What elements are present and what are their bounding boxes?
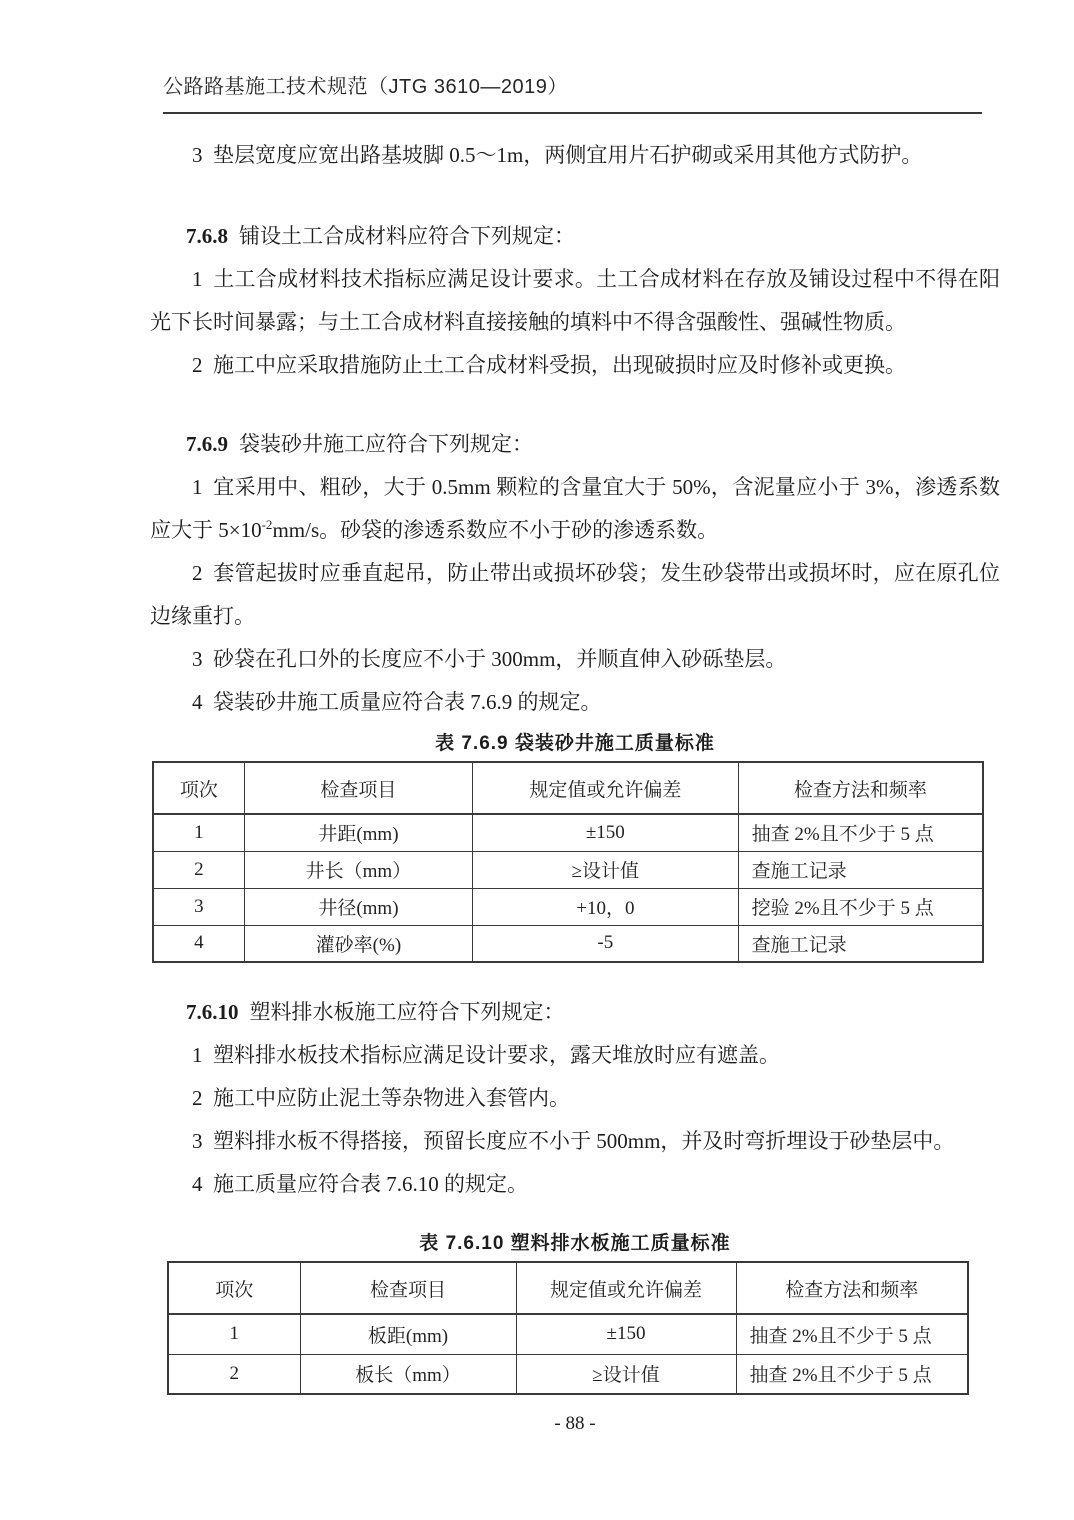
clause-number: 7.6.8 bbox=[186, 224, 228, 248]
table-cell: 板距(mm) bbox=[300, 1314, 516, 1354]
clause-heading-7-6-10: 7.6.10塑料排水板施工应符合下列规定： bbox=[150, 991, 1000, 1034]
table-cell: ≥设计值 bbox=[516, 1354, 736, 1394]
table-header-cell: 检查项目 bbox=[300, 1262, 516, 1314]
table-row: 4 灌砂率(%) -5 查施工记录 bbox=[153, 925, 983, 962]
table-row: 1 板距(mm) ±150 抽查 2%且不少于 5 点 bbox=[168, 1314, 968, 1354]
table-cell: 井径(mm) bbox=[244, 888, 472, 925]
clause-item: 3 垫层宽度应宽出路基坡脚 0.5～1m，两侧宜用片石护砌或采用其他方式防护。 bbox=[150, 134, 1000, 177]
table-cell: 查施工记录 bbox=[738, 851, 983, 888]
page-body: 3 垫层宽度应宽出路基坡脚 0.5～1m，两侧宜用片石护砌或采用其他方式防护。 … bbox=[150, 134, 1000, 1435]
table-header-cell: 项次 bbox=[153, 762, 244, 814]
table-cell: 4 bbox=[153, 925, 244, 962]
document-page: 公路路基施工技术规范（JTG 3610—2019） 3 垫层宽度应宽出路基坡脚 … bbox=[0, 0, 1074, 1520]
table-cell: 3 bbox=[153, 888, 244, 925]
clause-heading-7-6-8: 7.6.8铺设土工合成材料应符合下列规定： bbox=[150, 215, 1000, 258]
clause-number: 7.6.9 bbox=[186, 432, 228, 456]
table-cell: ≥设计值 bbox=[473, 851, 739, 888]
clause-item: 3 砂袋在孔口外的长度应不小于 300mm，并顺直伸入砂砾垫层。 bbox=[150, 638, 1000, 681]
table-cell: 1 bbox=[168, 1314, 300, 1354]
clause-item: 2 施工中应采取措施防止土工合成材料受损，出现破损时应及时修补或更换。 bbox=[150, 344, 1000, 387]
table-header-row: 项次 检查项目 规定值或允许偏差 检查方法和频率 bbox=[153, 762, 983, 814]
quality-table-7-6-10: 项次 检查项目 规定值或允许偏差 检查方法和频率 1 板距(mm) ±150 抽… bbox=[167, 1261, 969, 1395]
clause-item: 4 袋装砂井施工质量应符合表 7.6.9 的规定。 bbox=[150, 681, 1000, 724]
clause-item: 4 施工质量应符合表 7.6.10 的规定。 bbox=[150, 1163, 1000, 1206]
table-header-cell: 规定值或允许偏差 bbox=[516, 1262, 736, 1314]
table-header-cell: 规定值或允许偏差 bbox=[473, 762, 739, 814]
table-cell: ±150 bbox=[516, 1314, 736, 1354]
superscript-exponent: -2 bbox=[262, 517, 273, 532]
table-header-cell: 检查方法和频率 bbox=[736, 1262, 968, 1314]
table-cell: +10，0 bbox=[473, 888, 739, 925]
table-cell: 抽查 2%且不少于 5 点 bbox=[736, 1354, 968, 1394]
table-header-cell: 检查方法和频率 bbox=[738, 762, 983, 814]
item-text: mm/s。砂袋的渗透系数应不小于砂的渗透系数。 bbox=[272, 518, 718, 542]
clause-item: 1 宜采用中、粗砂，大于 0.5mm 颗粒的含量宜大于 50%，含泥量应小于 3… bbox=[150, 466, 1000, 552]
clause-item: 1 土工合成材料技术指标应满足设计要求。土工合成材料在存放及铺设过程中不得在阳光… bbox=[150, 258, 1000, 344]
clause-heading-7-6-9: 7.6.9袋装砂井施工应符合下列规定： bbox=[150, 423, 1000, 466]
table-cell: 抽查 2%且不少于 5 点 bbox=[736, 1314, 968, 1354]
table-header-cell: 项次 bbox=[168, 1262, 300, 1314]
table-row: 1 井距(mm) ±150 抽查 2%且不少于 5 点 bbox=[153, 814, 983, 851]
table-row: 2 井长（mm） ≥设计值 查施工记录 bbox=[153, 851, 983, 888]
table-header-row: 项次 检查项目 规定值或允许偏差 检查方法和频率 bbox=[168, 1262, 968, 1314]
clause-title: 铺设土工合成材料应符合下列规定： bbox=[239, 224, 575, 248]
table-cell: 1 bbox=[153, 814, 244, 851]
clause-title: 塑料排水板施工应符合下列规定： bbox=[250, 1000, 565, 1024]
table-cell: 2 bbox=[168, 1354, 300, 1394]
table-row: 3 井径(mm) +10，0 挖验 2%且不少于 5 点 bbox=[153, 888, 983, 925]
clause-number: 7.6.10 bbox=[186, 1000, 239, 1024]
clause-item: 1 塑料排水板技术指标应满足设计要求，露天堆放时应有遮盖。 bbox=[150, 1034, 1000, 1077]
clause-item: 2 套管起拔时应垂直起吊，防止带出或损坏砂袋；发生砂袋带出或损坏时，应在原孔位边… bbox=[150, 552, 1000, 638]
table-cell: 井长（mm） bbox=[244, 851, 472, 888]
table-row: 2 板长（mm） ≥设计值 抽查 2%且不少于 5 点 bbox=[168, 1354, 968, 1394]
table-cell: 2 bbox=[153, 851, 244, 888]
running-header-title: 公路路基施工技术规范（JTG 3610—2019） bbox=[163, 76, 568, 98]
table-cell: 板长（mm） bbox=[300, 1354, 516, 1394]
quality-table-7-6-9: 项次 检查项目 规定值或允许偏差 检查方法和频率 1 井距(mm) ±150 抽… bbox=[152, 761, 984, 963]
clause-item: 2 施工中应防止泥土等杂物进入套管内。 bbox=[150, 1077, 1000, 1120]
table-cell: ±150 bbox=[473, 814, 739, 851]
clause-item: 3 塑料排水板不得搭接，预留长度应不小于 500mm，并及时弯折埋设于砂垫层中。 bbox=[150, 1120, 1000, 1163]
table-cell: 抽查 2%且不少于 5 点 bbox=[738, 814, 983, 851]
table-caption-7-6-9: 表 7.6.9 袋装砂井施工质量标准 bbox=[150, 730, 1000, 757]
clause-title: 袋装砂井施工应符合下列规定： bbox=[239, 432, 533, 456]
page-number: - 88 - bbox=[150, 1413, 1000, 1435]
table-caption-7-6-10: 表 7.6.10 塑料排水板施工质量标准 bbox=[150, 1230, 1000, 1257]
table-cell: -5 bbox=[473, 925, 739, 962]
table-cell: 井距(mm) bbox=[244, 814, 472, 851]
table-header-cell: 检查项目 bbox=[244, 762, 472, 814]
page-header: 公路路基施工技术规范（JTG 3610—2019） bbox=[163, 0, 982, 114]
table-cell: 查施工记录 bbox=[738, 925, 983, 962]
table-cell: 挖验 2%且不少于 5 点 bbox=[738, 888, 983, 925]
table-cell: 灌砂率(%) bbox=[244, 925, 472, 962]
